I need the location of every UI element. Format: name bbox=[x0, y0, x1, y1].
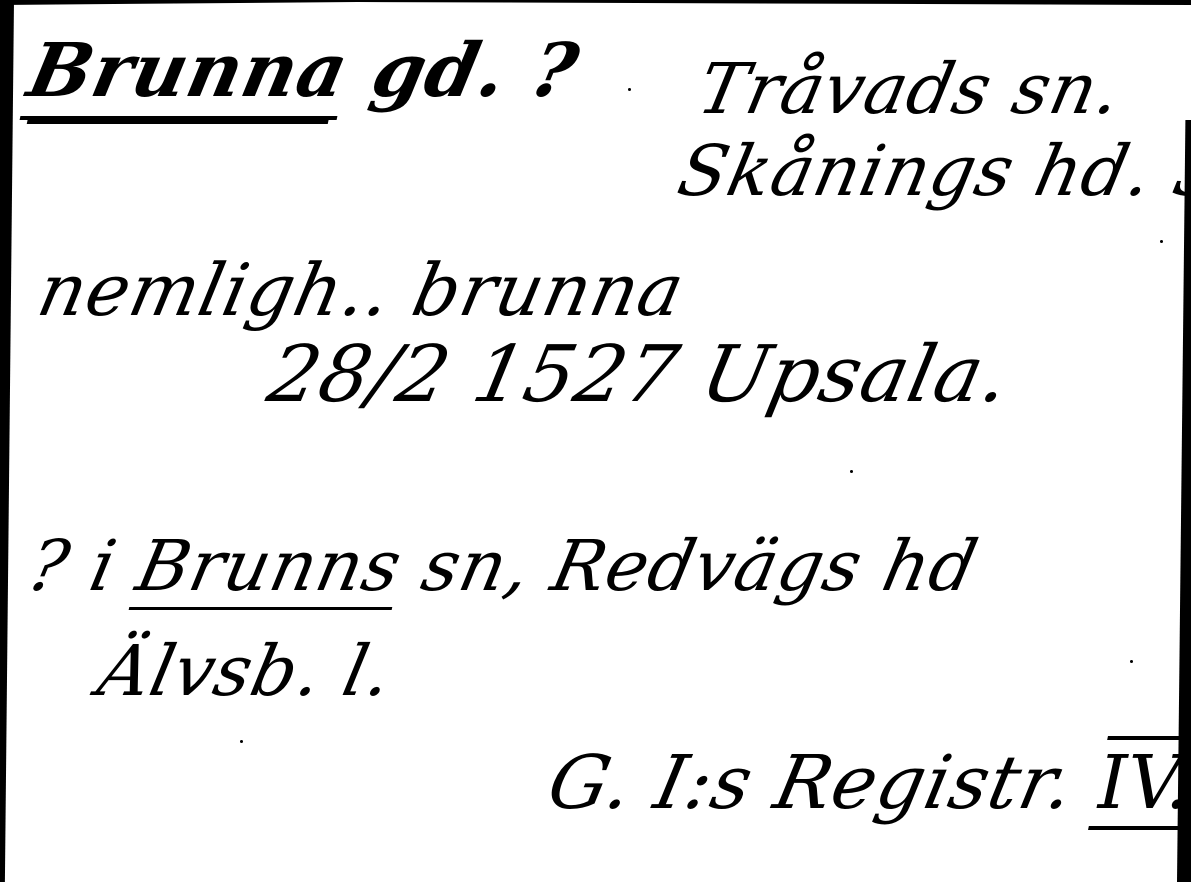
source-date: 28/2 1527 bbox=[260, 330, 687, 420]
source-line: nemligh.. brunna bbox=[31, 248, 692, 332]
reference-text: G. I:s Registr. bbox=[541, 740, 1082, 826]
scan-edge-top bbox=[0, 0, 1191, 5]
index-card: Brunna gd. ? Tråvads sn. Skånings hd. Sg… bbox=[0, 0, 1191, 882]
source-place: Upsala. bbox=[694, 330, 1019, 420]
note-rest: sn, Redvägs hd bbox=[415, 525, 985, 607]
reference-volume: IV. bbox=[1088, 736, 1191, 830]
ink-speck bbox=[1160, 240, 1163, 243]
parish-line: Tråvads sn. bbox=[691, 48, 1129, 130]
note-place-name: Brunns bbox=[129, 525, 409, 610]
note-line-1: ? i Brunns sn, Redvägs hd bbox=[21, 525, 985, 607]
hundred-line: Skånings hd. Sg. bbox=[671, 130, 1191, 212]
note-prefix: ? i bbox=[21, 525, 124, 607]
note-line-2: Älvsb. l. bbox=[91, 630, 400, 712]
ink-speck bbox=[240, 740, 243, 743]
heading-type: gd. bbox=[365, 28, 516, 114]
scan-edge-left bbox=[0, 0, 14, 882]
reference-line: G. I:s Registr. IV. bbox=[541, 740, 1191, 826]
ink-speck bbox=[1130, 660, 1133, 663]
card-heading: Brunna gd. ? bbox=[21, 28, 586, 114]
ink-speck bbox=[628, 88, 631, 91]
ink-speck bbox=[850, 470, 853, 473]
date-place-line: 28/2 1527 Upsala. bbox=[260, 330, 1018, 420]
heading-place-name: Brunna bbox=[20, 28, 356, 120]
heading-query-mark: ? bbox=[524, 28, 587, 114]
